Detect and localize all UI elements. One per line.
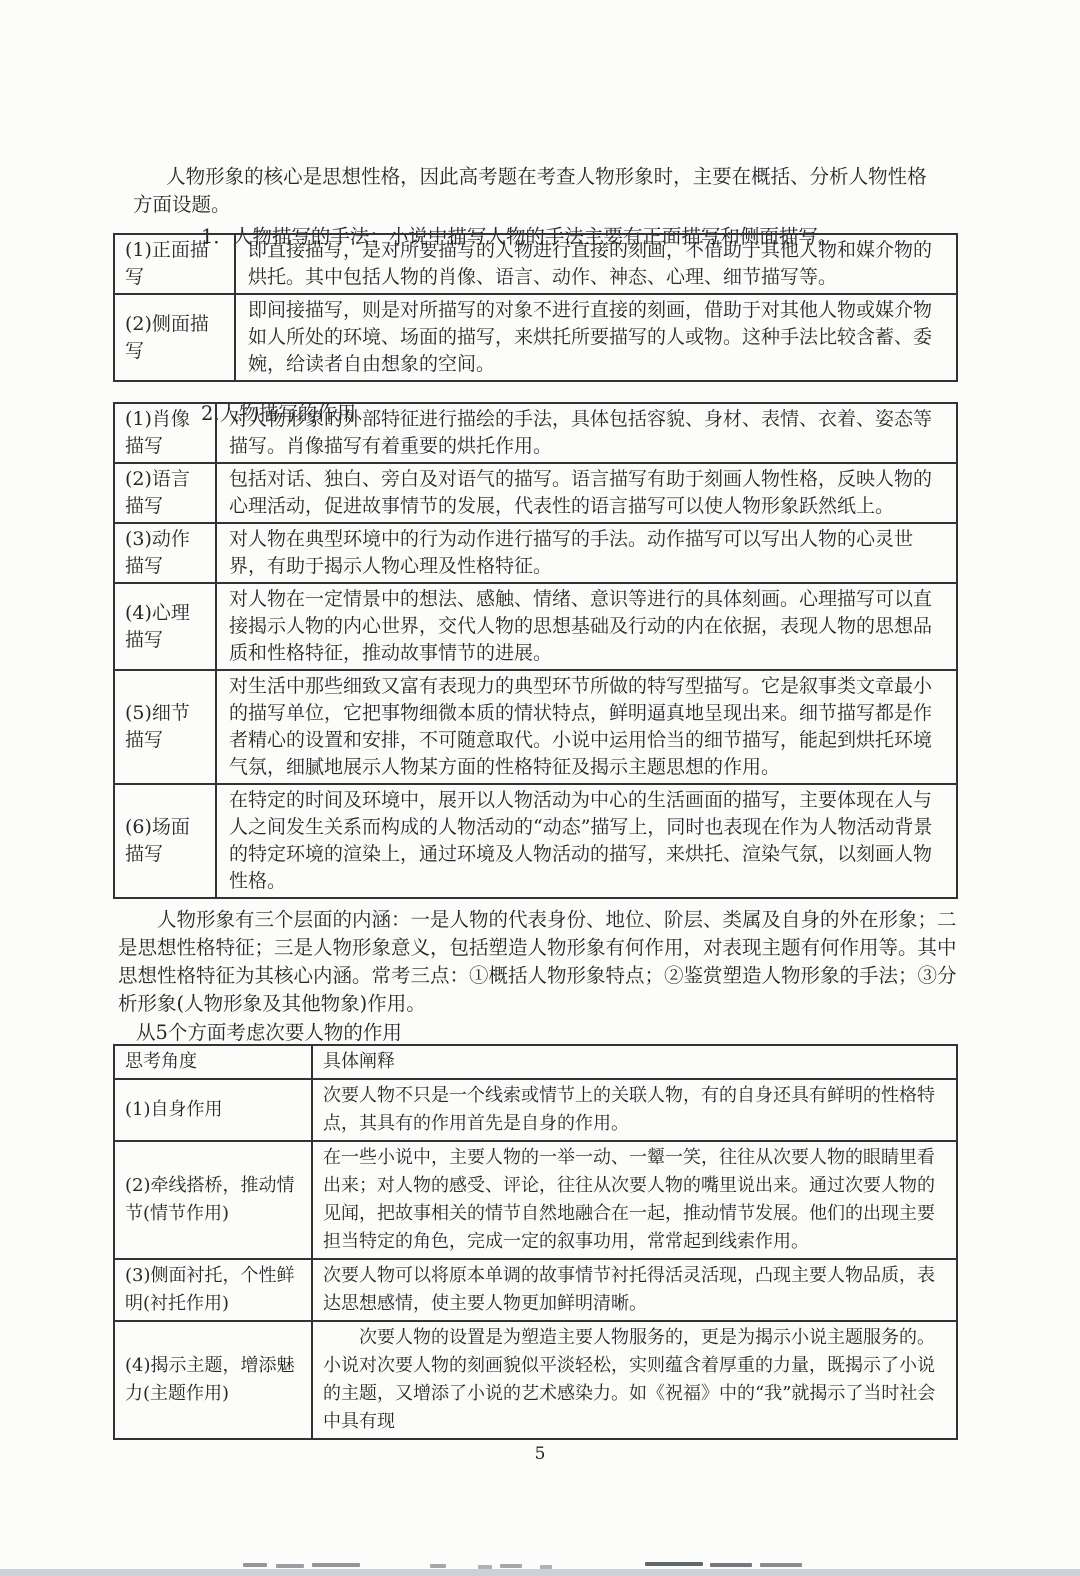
row-detail-cell: 对人物形象的外部特征进行描绘的手法，具体包括容貌、身材、表情、衣着、姿态等描写。… [216, 403, 957, 463]
layers-paragraph: 人物形象有三个层面的内涵：一是人物的代表身份、地位、阶层、类属及自身的外在形象；… [118, 906, 958, 1018]
row-label-cell: (1)自身作用 [114, 1079, 312, 1141]
table-row: (4)心理描写 对人物在一定情景中的想法、感触、情绪、意识等进行的具体刻画。心理… [114, 583, 957, 670]
scan-artifact-mark [430, 1564, 446, 1568]
table-row: (3)侧面衬托，个性鲜明(衬托作用) 次要人物可以将原本单调的故事情节衬托得活灵… [114, 1259, 957, 1321]
row-label-cell: (3)动作描写 [114, 523, 216, 583]
column-header-explanation: 具体阐释 [312, 1045, 957, 1079]
row-label-cell: (5)细节描写 [114, 670, 216, 784]
table-header-row: 思考角度 具体阐释 [114, 1045, 957, 1079]
description-functions-table: (1)肖像描写 对人物形象的外部特征进行描绘的手法，具体包括容貌、身材、表情、衣… [113, 402, 958, 899]
row-label-cell: (3)侧面衬托，个性鲜明(衬托作用) [114, 1259, 312, 1321]
scan-artifact-mark [243, 1563, 267, 1567]
row-detail-cell: 对生活中那些细致又富有表现力的典型环节所做的特写型描写。它是叙事类文章最小的描写… [216, 670, 957, 784]
minor-characters-table: 思考角度 具体阐释 (1)自身作用 次要人物不只是一个线索或情节上的关联人物，有… [113, 1044, 958, 1440]
row-detail-cell: 即直接描写，是对所要描写的人物进行直接的刻画，不借助于其他人物和媒介物的烘托。其… [235, 234, 957, 294]
row-detail-cell: 次要人物可以将原本单调的故事情节衬托得活灵活现，凸现主要人物品质，表达思想感情，… [312, 1259, 957, 1321]
table-row: (2)语言描写 包括对话、独白、旁白及对语气的描写。语言描写有助于刻画人物性格，… [114, 463, 957, 523]
scan-artifact-mark [276, 1564, 304, 1568]
row-label-cell: (4)揭示主题，增添魅力(主题作用) [114, 1321, 312, 1439]
section-3-heading: 从5个方面考虑次要人物的作用 [136, 1019, 916, 1047]
table-row: (6)场面描写 在特定的时间及环境中，展开以人物活动为中心的生活画面的描写，主要… [114, 784, 957, 898]
table-row: (1)肖像描写 对人物形象的外部特征进行描绘的手法，具体包括容貌、身材、表情、衣… [114, 403, 957, 463]
scan-artifact-mark [645, 1562, 703, 1566]
page-number: 5 [0, 1444, 1080, 1464]
row-label-cell: (2)牵线搭桥，推动情节(情节作用) [114, 1141, 312, 1259]
scan-artifact-mark [710, 1563, 752, 1567]
table-row: (2)侧面描写 即间接描写，则是对所描写的对象不进行直接的刻画，借助于对其他人物… [114, 294, 957, 381]
row-label-cell: (1)正面描写 [114, 234, 235, 294]
row-detail-cell: 次要人物的设置是为塑造主要人物服务的，更是为揭示小说主题服务的。小说对次要人物的… [312, 1321, 957, 1439]
row-detail-cell: 次要人物不只是一个线索或情节上的关联人物，有的自身还具有鲜明的性格特点，其具有的… [312, 1079, 957, 1141]
table-row: (4)揭示主题，增添魅力(主题作用) 次要人物的设置是为塑造主要人物服务的，更是… [114, 1321, 957, 1439]
row-detail-cell: 在特定的时间及环境中，展开以人物活动为中心的生活画面的描写，主要体现在人与人之间… [216, 784, 957, 898]
scan-artifact-mark [760, 1563, 802, 1567]
column-header-thinking-angle: 思考角度 [114, 1045, 312, 1079]
table-row: (5)细节描写 对生活中那些细致又富有表现力的典型环节所做的特写型描写。它是叙事… [114, 670, 957, 784]
scan-artifact-mark [540, 1565, 552, 1569]
document-page: 人物形象的核心是思想性格，因此高考题在考查人物形象时，主要在概括、分析人物性格方… [0, 0, 1080, 1576]
row-label-cell: (6)场面描写 [114, 784, 216, 898]
intro-paragraph: 人物形象的核心是思想性格，因此高考题在考查人物形象时，主要在概括、分析人物性格方… [133, 163, 933, 219]
row-detail-cell: 包括对话、独白、旁白及对语气的描写。语言描写有助于刻画人物性格，反映人物的心理活… [216, 463, 957, 523]
row-label-cell: (2)语言描写 [114, 463, 216, 523]
description-methods-table: (1)正面描写 即直接描写，是对所要描写的人物进行直接的刻画，不借助于其他人物和… [113, 233, 958, 382]
table-row: (1)自身作用 次要人物不只是一个线索或情节上的关联人物，有的自身还具有鲜明的性… [114, 1079, 957, 1141]
row-label-cell: (1)肖像描写 [114, 403, 216, 463]
scan-artifact-mark [312, 1563, 360, 1567]
row-detail-cell: 在一些小说中，主要人物的一举一动、一颦一笑，往往从次要人物的眼睛里看出来；对人物… [312, 1141, 957, 1259]
row-label-cell: (2)侧面描写 [114, 294, 235, 381]
row-detail-cell: 对人物在典型环境中的行为动作进行描写的手法。动作描写可以写出人物的心灵世界，有助… [216, 523, 957, 583]
row-detail-cell: 对人物在一定情景中的想法、感触、情绪、意识等进行的具体刻画。心理描写可以直接揭示… [216, 583, 957, 670]
table-row: (3)动作描写 对人物在典型环境中的行为动作进行描写的手法。动作描写可以写出人物… [114, 523, 957, 583]
row-detail-cell: 即间接描写，则是对所描写的对象不进行直接的刻画，借助于对其他人物或媒介物如人所处… [235, 294, 957, 381]
row-label-cell: (4)心理描写 [114, 583, 216, 670]
scan-artifact-mark [478, 1565, 492, 1569]
scan-artifact-band [0, 1569, 1080, 1576]
table-row: (1)正面描写 即直接描写，是对所要描写的人物进行直接的刻画，不借助于其他人物和… [114, 234, 957, 294]
table-row: (2)牵线搭桥，推动情节(情节作用) 在一些小说中，主要人物的一举一动、一颦一笑… [114, 1141, 957, 1259]
scan-artifact-mark [500, 1564, 522, 1568]
